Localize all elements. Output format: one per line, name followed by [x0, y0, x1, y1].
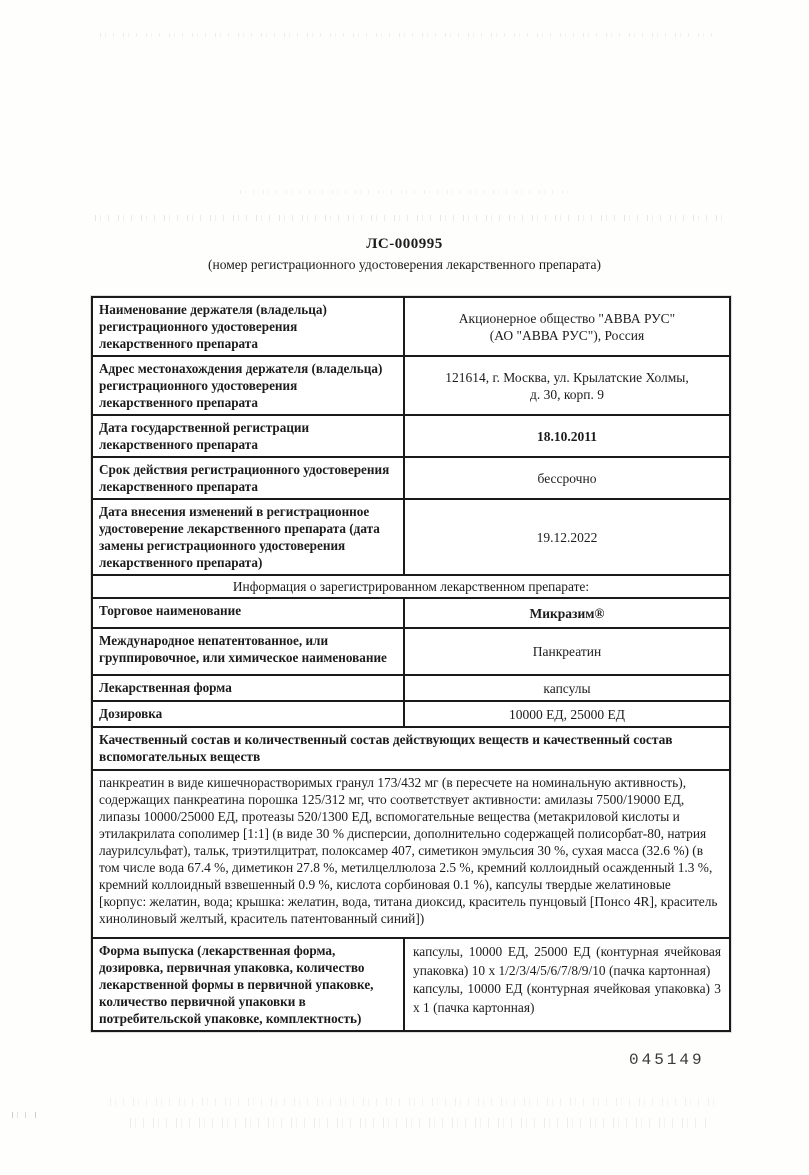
row-value: капсулы [405, 676, 729, 700]
scan-noise [100, 33, 720, 37]
serial-number-stamp: 045149 [629, 1051, 705, 1069]
composition-header: Качественный состав и количественный сос… [93, 728, 729, 769]
table-row-dosage: Дозировка 10000 ЕД, 25000 ЕД [93, 700, 729, 726]
row-value: 10000 ЕД, 25000 ЕД [405, 702, 729, 726]
row-label: Адрес местонахождения держателя (владель… [93, 357, 405, 414]
registration-table: Наименование держателя (владельца) регис… [91, 296, 731, 1032]
document-header: ЛС-000995 (номер регистрационного удосто… [0, 236, 809, 273]
table-row-dosage-form: Лекарственная форма капсулы [93, 674, 729, 700]
row-value: 19.12.2022 [405, 500, 729, 574]
row-label: Дата внесения изменений в регистрационно… [93, 500, 405, 574]
scan-noise [240, 190, 570, 194]
registration-number-caption: (номер регистрационного удостоверения ле… [0, 257, 809, 273]
table-row-validity-period: Срок действия регистрационного удостовер… [93, 456, 729, 498]
table-row-inn: Международное непатентованное, или групп… [93, 627, 729, 674]
row-label: Наименование держателя (владельца) регис… [93, 298, 405, 355]
table-row-composition-header: Качественный состав и количественный сос… [93, 726, 729, 769]
table-row-registration-date: Дата государственной регистрации лекарст… [93, 414, 729, 456]
table-row-holder-name: Наименование держателя (владельца) регис… [93, 298, 729, 355]
scan-noise [110, 1098, 720, 1106]
row-label: Международное непатентованное, или групп… [93, 629, 405, 674]
table-row-holder-address: Адрес местонахождения держателя (владель… [93, 355, 729, 414]
row-label: Форма выпуска (лекарственная форма, дози… [93, 939, 405, 1030]
scan-noise [130, 1118, 710, 1128]
row-label: Лекарственная форма [93, 676, 405, 700]
table-row-composition-text: панкреатин в виде кишечнорастворимых гра… [93, 769, 729, 937]
info-section-header: Информация о зарегистрированном лекарств… [93, 576, 729, 597]
release-form-line-1: капсулы, 10000 ЕД, 25000 ЕД (контурная я… [413, 943, 721, 980]
row-value: 121614, г. Москва, ул. Крылатские Холмы,… [405, 357, 729, 414]
scan-noise [95, 215, 725, 221]
row-label: Дозировка [93, 702, 405, 726]
row-value: Микразим® [405, 599, 729, 627]
row-value: капсулы, 10000 ЕД, 25000 ЕД (контурная я… [405, 939, 729, 1030]
scanned-document-page: ЛС-000995 (номер регистрационного удосто… [0, 0, 809, 1175]
row-value: Панкреатин [405, 629, 729, 674]
release-form-line-2: капсулы, 10000 ЕД (контурная ячейковая у… [413, 980, 721, 1017]
composition-text: панкреатин в виде кишечнорастворимых гра… [93, 771, 729, 937]
table-row-trade-name: Торговое наименование Микразим® [93, 597, 729, 627]
table-row-info-section-header: Информация о зарегистрированном лекарств… [93, 574, 729, 597]
row-value: бессрочно [405, 458, 729, 498]
row-value: Акционерное общество "АВВА РУС" (АО "АВВ… [405, 298, 729, 355]
table-row-release-form: Форма выпуска (лекарственная форма, дози… [93, 937, 729, 1030]
row-label: Срок действия регистрационного удостовер… [93, 458, 405, 498]
table-row-amendment-date: Дата внесения изменений в регистрационно… [93, 498, 729, 574]
row-label: Торговое наименование [93, 599, 405, 627]
row-value: 18.10.2011 [405, 416, 729, 456]
row-label: Дата государственной регистрации лекарст… [93, 416, 405, 456]
scan-noise [12, 1112, 38, 1118]
registration-number: ЛС-000995 [0, 236, 809, 253]
